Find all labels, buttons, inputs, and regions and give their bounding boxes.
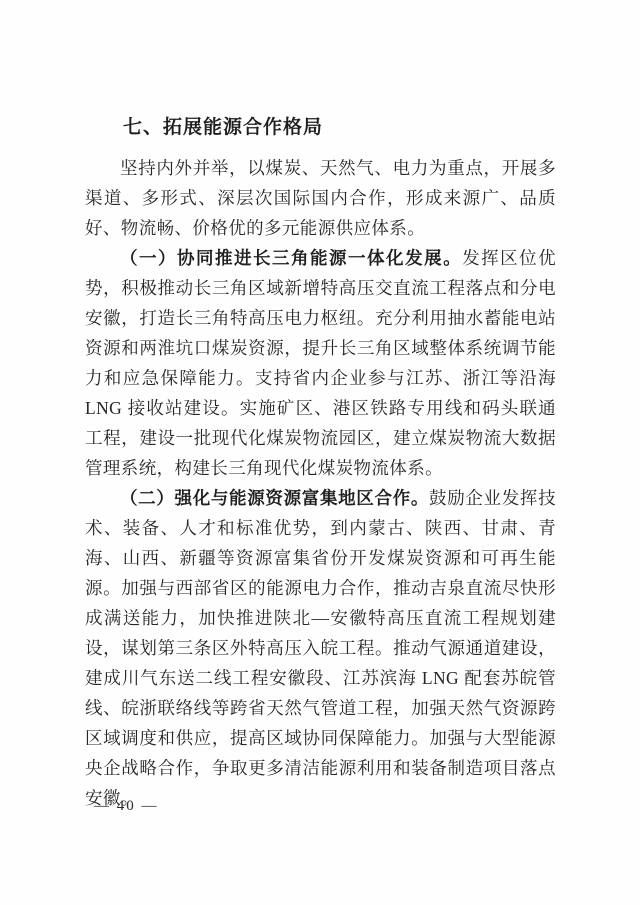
- paragraph-item-1-lead: （一）协同推进长三角能源一体化发展。: [120, 248, 462, 268]
- document-page: 七、拓展能源合作格局 坚持内外并举，以煤炭、天然气、电力为重点，开展多渠道、多形…: [0, 0, 640, 905]
- paragraph-item-2-text: 鼓励企业发挥技术、装备、人才和标准优势，到内蒙古、陕西、甘肃、青海、山西、新疆等…: [85, 488, 556, 808]
- document-content: 七、拓展能源合作格局 坚持内外并举，以煤炭、天然气、电力为重点，开展多渠道、多形…: [85, 116, 556, 813]
- paragraph-item-1-text: 发挥区位优势，积极推动长三角区域新增特高压交直流工程落点和分电安徽，打造长三角特…: [85, 248, 556, 478]
- paragraph-item-2: （二）强化与能源资源富集地区合作。鼓励企业发挥技术、装备、人才和标准优势，到内蒙…: [85, 483, 556, 813]
- section-heading: 七、拓展能源合作格局: [85, 116, 556, 140]
- paragraph-intro: 坚持内外并举，以煤炭、天然气、电力为重点，开展多渠道、多形式、深层次国际国内合作…: [85, 153, 556, 243]
- paragraph-item-1: （一）协同推进长三角能源一体化发展。发挥区位优势，积极推动长三角区域新增特高压交…: [85, 243, 556, 483]
- paragraph-item-2-lead: （二）强化与能源资源富集地区合作。: [120, 488, 429, 508]
- page-number: — 40 —: [94, 798, 159, 815]
- paragraph-intro-text: 坚持内外并举，以煤炭、天然气、电力为重点，开展多渠道、多形式、深层次国际国内合作…: [85, 158, 556, 238]
